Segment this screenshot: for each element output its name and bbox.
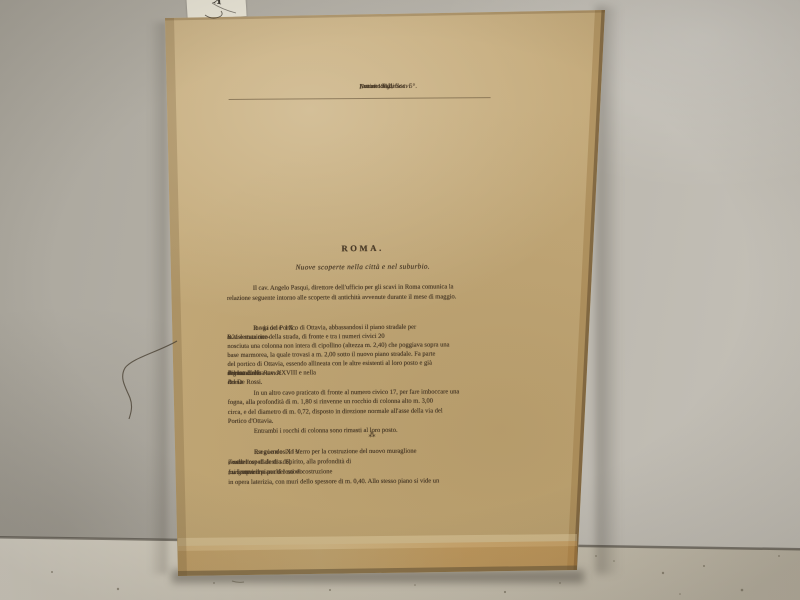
regione-ix-paragraph: Regione IX. In via del Portico di Ottavi… bbox=[227, 321, 515, 387]
asterism-separator-icon: ⁂ bbox=[228, 430, 516, 441]
photo-of-offprint: X Estratto dalle Notizie degli Scavi, an… bbox=[0, 0, 800, 600]
second-find-paragraph: In un altro cavo praticato di fronte al … bbox=[228, 387, 516, 427]
text-line: relazione seguente intorno alle scoperte… bbox=[227, 292, 515, 304]
page-title: ROMA. bbox=[230, 241, 496, 255]
header-rule bbox=[229, 97, 491, 100]
regione-xiv-paragraph: Regione XIV. Eseguendosi lo sterro per l… bbox=[228, 446, 516, 488]
page-subtitle: Nuove scoperte nella città e nel suburbi… bbox=[230, 260, 496, 273]
intro-paragraph: Il cav. Angelo Pasqui, direttore dell'uf… bbox=[227, 282, 515, 304]
text-line: in opera laterizia, con muri dello spess… bbox=[228, 476, 516, 488]
text-line: Roma del De Rossi. bbox=[228, 376, 516, 387]
offprint-header: Estratto dalle Notizie degli Scavi, anno… bbox=[228, 80, 490, 93]
printed-page: Estratto dalle Notizie degli Scavi, anno… bbox=[0, 0, 800, 600]
